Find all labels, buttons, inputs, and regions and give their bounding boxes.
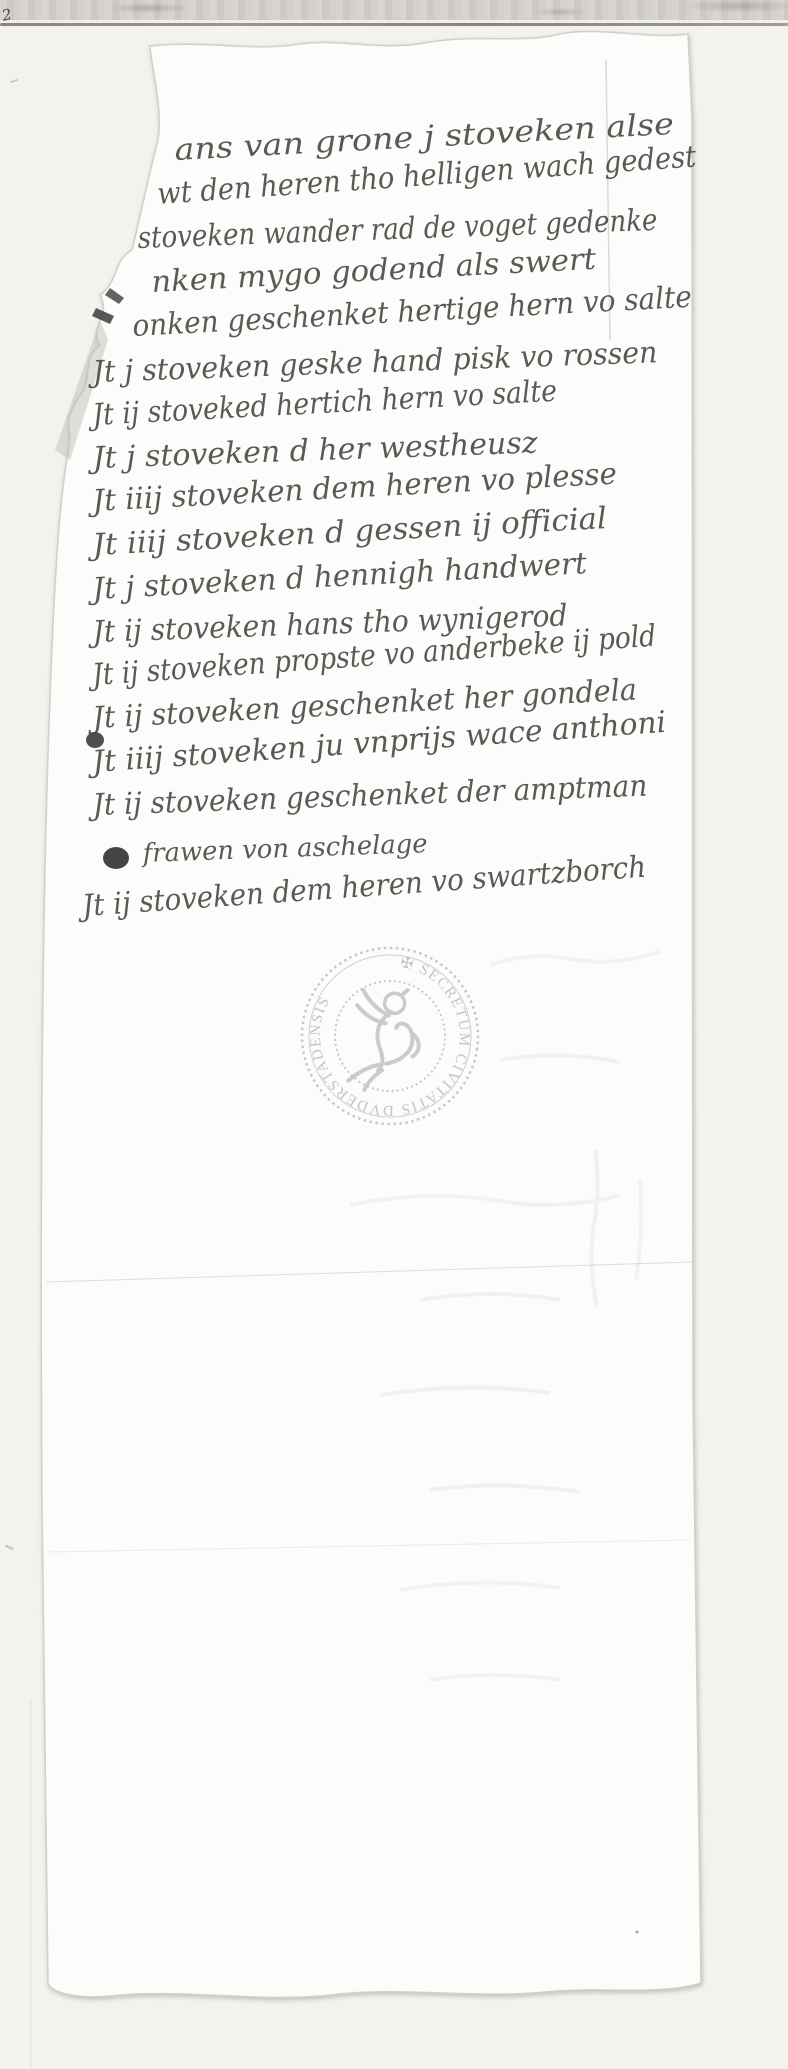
manuscript-sheet: ans van grone j stoveken alse wt den her…	[0, 0, 788, 2069]
manuscript-scan: 2	[0, 0, 788, 2069]
background-specks	[5, 79, 32, 2069]
